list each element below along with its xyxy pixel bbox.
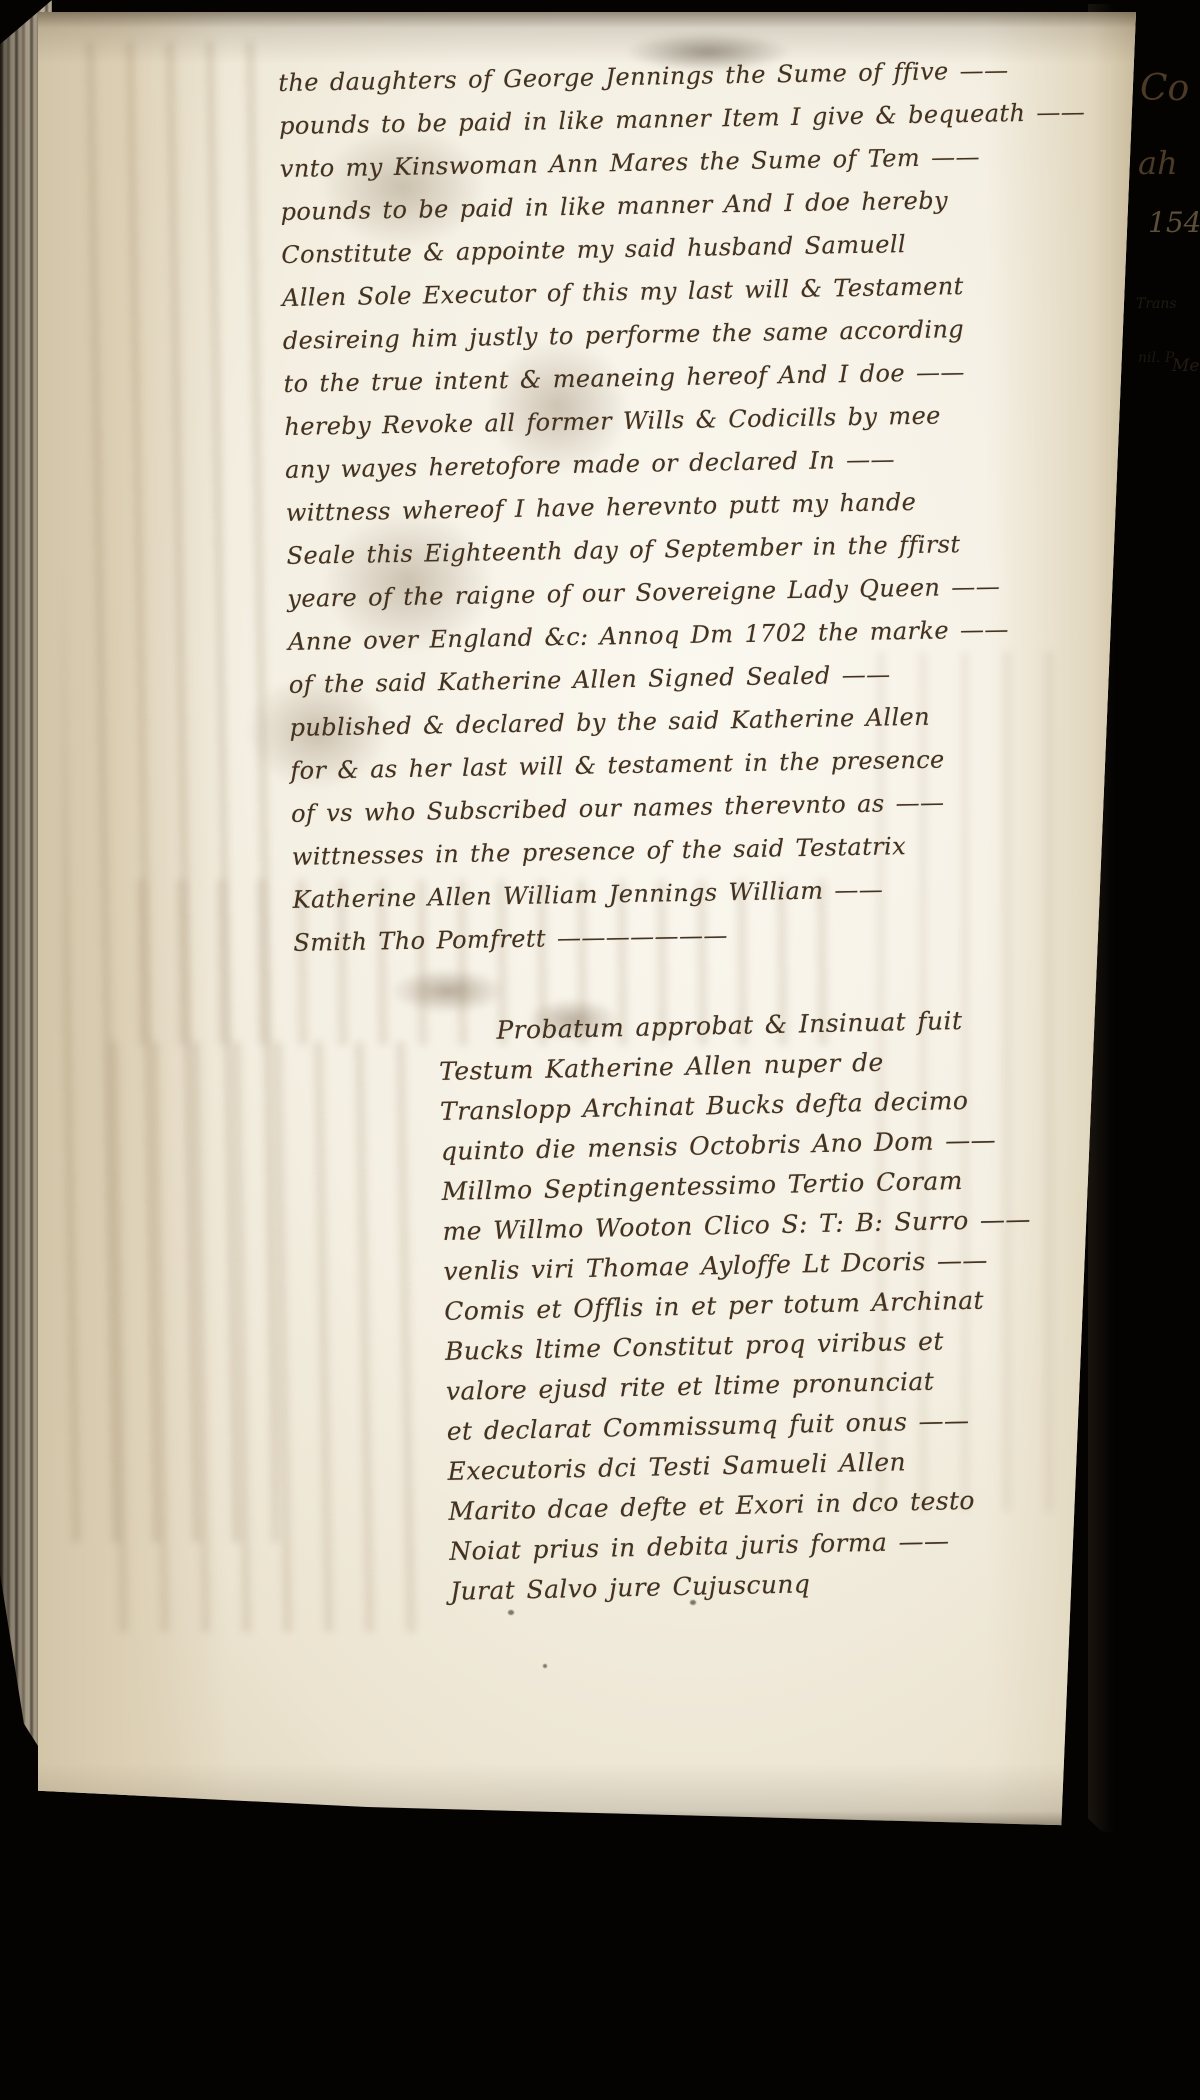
- bleedthrough-texture: [63, 42, 278, 1542]
- ink-speck: [543, 1664, 547, 1668]
- adjacent-page-text-fragment: nil. P: [1138, 350, 1174, 366]
- manuscript-photo: Co ah 154 Trans nil. P Mer the daughters…: [0, 0, 1200, 2100]
- adjacent-page-text-fragment: Mer: [1172, 356, 1200, 376]
- adjacent-page-text-fragment: Trans: [1136, 296, 1177, 312]
- probate-text-paragraph: Probatum approbat & Insinuat fuit Testum…: [438, 1000, 1039, 1612]
- will-text-paragraph: the daughters of George Jennings the Sum…: [278, 48, 1100, 965]
- adjacent-page-text-fragment: Co: [1140, 68, 1189, 109]
- adjacent-page-text-fragment: ah: [1138, 144, 1178, 182]
- bleedthrough-texture: [98, 1042, 428, 1632]
- ink-speck: [508, 1610, 514, 1615]
- manuscript-page: the daughters of George Jennings the Sum…: [38, 12, 1136, 1827]
- folio-number-fragment: 154: [1148, 206, 1200, 239]
